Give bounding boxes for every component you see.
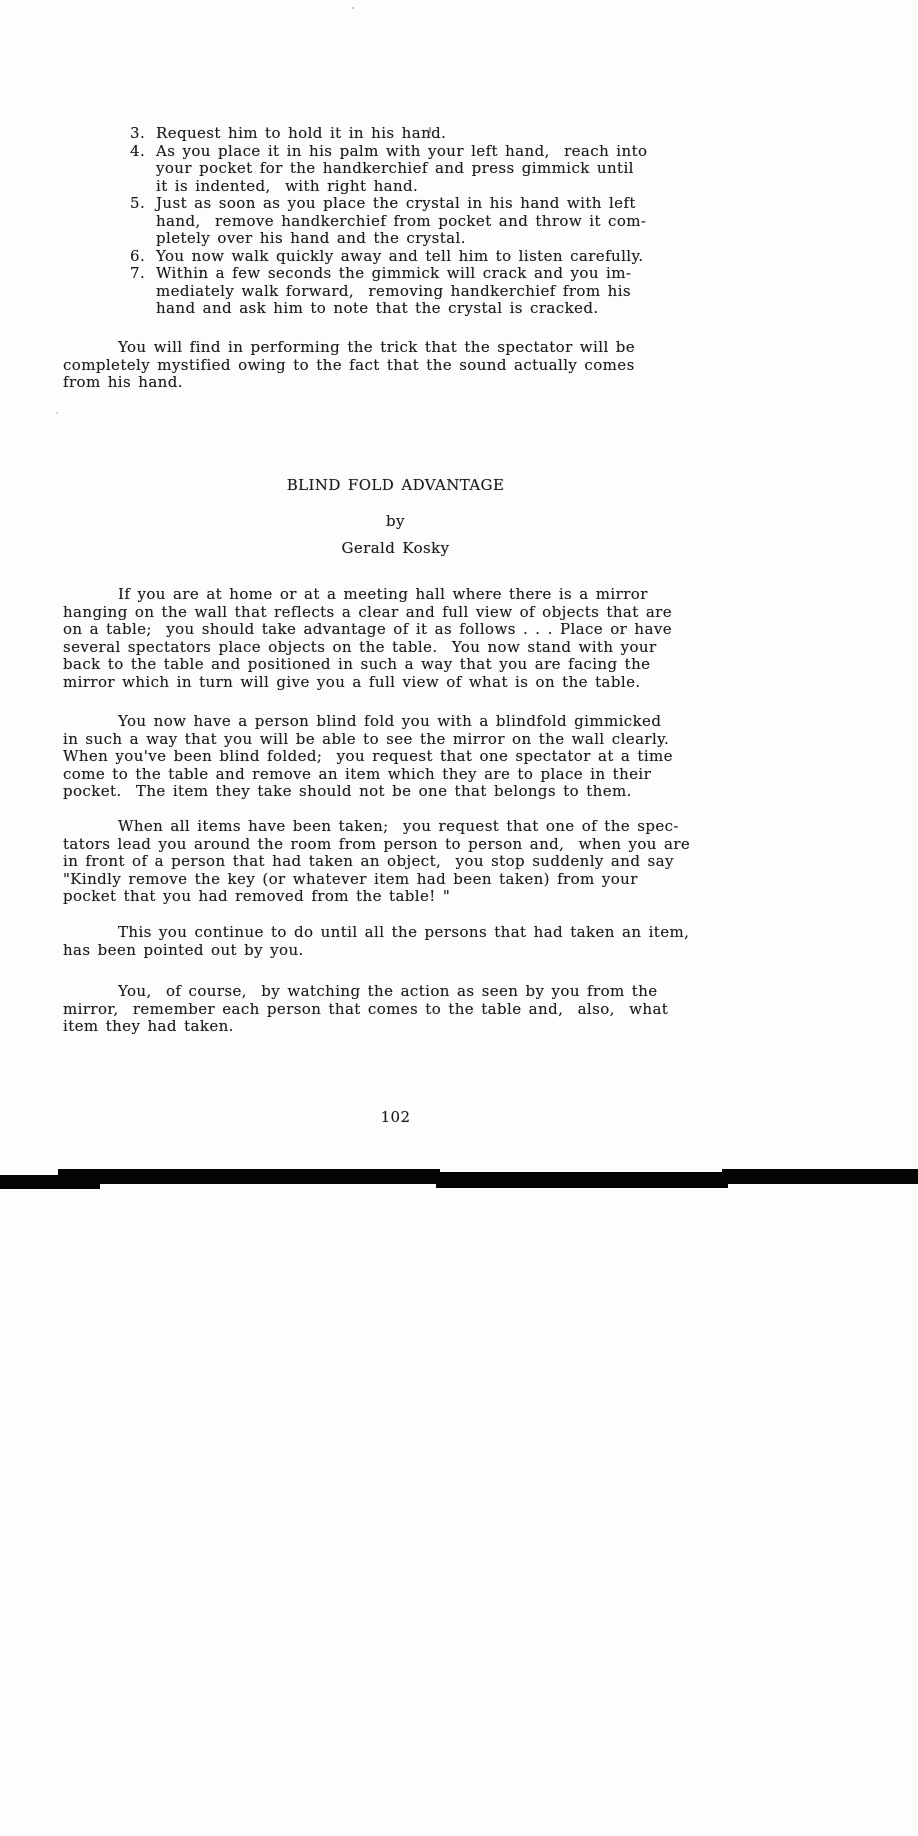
text-line: item they had taken. — [63, 1018, 728, 1036]
text-line: This you continue to do until all the pe… — [63, 924, 728, 942]
text-line: has been pointed out by you. — [63, 942, 728, 960]
text-line: "Kindly remove the key (or whatever item… — [63, 871, 728, 889]
paragraph: This you continue to do until all the pe… — [63, 924, 728, 959]
text-line: hanging on the wall that reflects a clea… — [63, 604, 728, 622]
trick-title: BLIND FOLD ADVANTAGE — [63, 477, 728, 495]
text-line: pocket that you had removed from the tab… — [63, 888, 728, 906]
byline: by — [63, 513, 728, 531]
text-line: Just as soon as you place the crystal in… — [156, 195, 646, 213]
text-line: hand, remove handkerchief from pocket an… — [156, 213, 646, 231]
scan-speck — [56, 412, 58, 414]
list-marker: 5. — [130, 195, 156, 248]
author-name: Gerald Kosky — [63, 540, 728, 558]
text-line: mirror which in turn will give you a ful… — [63, 674, 728, 692]
list-item: 7. Within a few seconds the gimmick will… — [130, 265, 730, 318]
list-marker: 3. — [130, 125, 156, 143]
text-line: As you place it in his palm with your le… — [156, 143, 647, 161]
page-number: 102 — [63, 1109, 728, 1127]
list-marker: 7. — [130, 265, 156, 318]
scanned-page: { "document": { "list_items": [ { "marke… — [0, 0, 918, 1836]
list-marker: 6. — [130, 248, 156, 266]
paragraph: If you are at home or at a meeting hall … — [63, 586, 728, 691]
paragraph: You now have a person blind fold you wit… — [63, 713, 728, 801]
text-line: You will find in performing the trick th… — [63, 339, 728, 357]
text-line: pletely over his hand and the crystal. — [156, 230, 646, 248]
list-marker: 4. — [130, 143, 156, 196]
text-line: mirror, remember each person that comes … — [63, 1001, 728, 1019]
scan-bar-segment — [722, 1169, 918, 1184]
scan-speck — [352, 7, 354, 9]
text-line: your pocket for the handkerchief and pre… — [156, 160, 647, 178]
list-item: 4. As you place it in his palm with your… — [130, 143, 730, 196]
text-line: it is indented, with right hand. — [156, 178, 647, 196]
text-line: come to the table and remove an item whi… — [63, 766, 728, 784]
scan-bar-segment — [436, 1172, 728, 1188]
text-line: Within a few seconds the gimmick will cr… — [156, 265, 631, 283]
text-line: Request him to hold it in his hand. — [156, 125, 446, 143]
text-line: mediately walk forward, removing handker… — [156, 283, 631, 301]
text-line: When all items have been taken; you requ… — [63, 818, 728, 836]
scan-tick — [429, 127, 431, 133]
text-line: You now have a person blind fold you wit… — [63, 713, 728, 731]
text-line: pocket. The item they take should not be… — [63, 783, 728, 801]
text-line: from his hand. — [63, 374, 728, 392]
closing-paragraph: You will find in performing the trick th… — [63, 339, 728, 392]
text-line: You now walk quickly away and tell him t… — [156, 248, 644, 266]
text-line: back to the table and positioned in such… — [63, 656, 728, 674]
text-line: completely mystified owing to the fact t… — [63, 357, 728, 375]
text-line: in front of a person that had taken an o… — [63, 853, 728, 871]
instruction-list: 3. Request him to hold it in his hand. 4… — [130, 125, 730, 318]
text-line: tators lead you around the room from per… — [63, 836, 728, 854]
list-item: 5. Just as soon as you place the crystal… — [130, 195, 730, 248]
text-line: You, of course, by watching the action a… — [63, 983, 728, 1001]
paragraph: You, of course, by watching the action a… — [63, 983, 728, 1036]
list-item: 6. You now walk quickly away and tell hi… — [130, 248, 730, 266]
text-line: hand and ask him to note that the crysta… — [156, 300, 631, 318]
text-line: If you are at home or at a meeting hall … — [63, 586, 728, 604]
text-line: several spectators place objects on the … — [63, 639, 728, 657]
text-line: on a table; you should take advantage of… — [63, 621, 728, 639]
scan-bar-segment — [58, 1169, 440, 1184]
text-line: When you've been blind folded; you reque… — [63, 748, 728, 766]
paragraph: When all items have been taken; you requ… — [63, 818, 728, 906]
text-line: in such a way that you will be able to s… — [63, 731, 728, 749]
